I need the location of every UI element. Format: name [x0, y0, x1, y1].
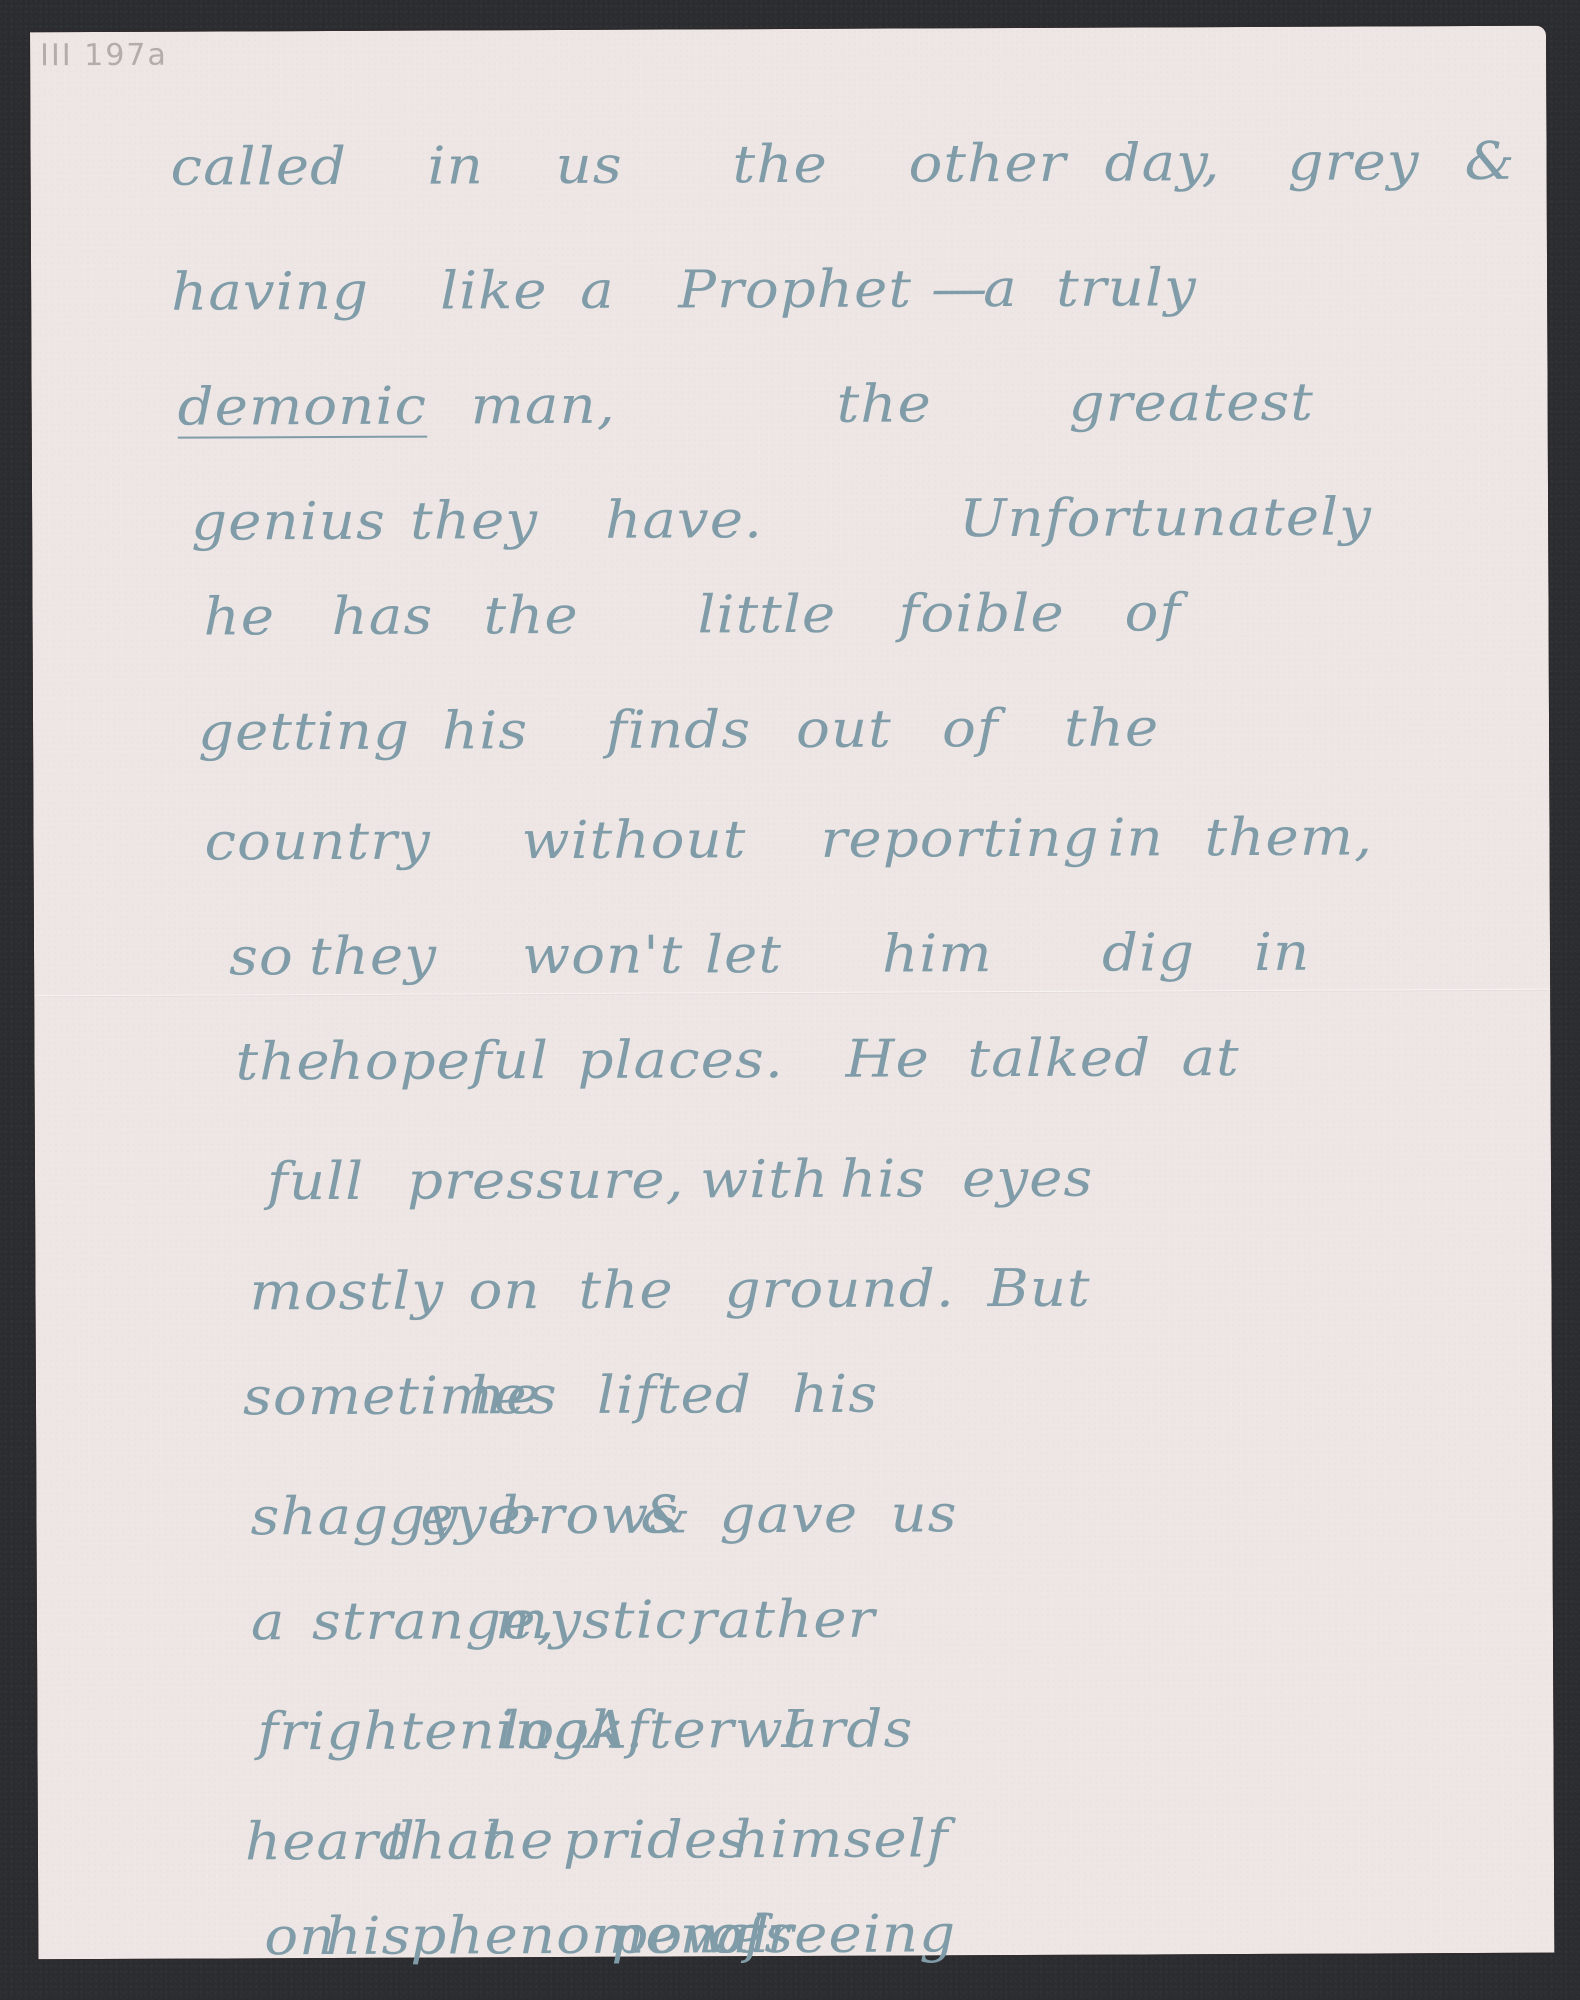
handwritten-word: he — [483, 1811, 555, 1871]
handwritten-word: places. — [577, 1030, 784, 1091]
handwritten-word: genius — [191, 492, 386, 553]
text-line: havinglikeaProphet —atruly — [31, 241, 1547, 338]
text-line: thehopefulplaces.Hetalkedat — [34, 1011, 1550, 1108]
handwritten-word: I — [781, 1700, 805, 1760]
handwritten-word: let — [705, 925, 782, 985]
handwritten-word: man, — [471, 376, 616, 437]
text-line: geniustheyhave.Unfortunately — [32, 471, 1548, 568]
archive-pencil-mark: III 197a — [40, 38, 168, 74]
text-line: heardthatheprideshimself — [38, 1791, 1554, 1888]
text-line: calledinustheotherday,grey& — [30, 116, 1546, 213]
handwritten-word: the — [483, 586, 578, 646]
handwritten-word: rather — [690, 1590, 876, 1651]
handwritten-word: full — [267, 1152, 364, 1212]
handwritten-word: called — [170, 137, 347, 198]
handwritten-word: the — [235, 1032, 330, 1092]
handwritten-word: country — [204, 812, 431, 873]
handwritten-word: so — [229, 927, 294, 987]
handwritten-word: the — [732, 135, 827, 195]
handwritten-word: greatest — [1069, 373, 1315, 434]
handwritten-word: on — [468, 1261, 540, 1321]
handwritten-word: in — [1107, 808, 1164, 868]
text-line: shaggyeye-brows&gaveus — [36, 1466, 1552, 1563]
handwritten-word: a — [251, 1592, 286, 1652]
handwritten-word: gave — [719, 1485, 858, 1546]
text-line: sotheywon'tlethimdigin — [34, 906, 1550, 1003]
handwritten-word: the — [1064, 698, 1159, 758]
handwritten-word: mystic, — [495, 1590, 706, 1651]
handwritten-word: eyes — [962, 1149, 1094, 1210]
handwritten-word: having — [171, 262, 369, 323]
text-line: onhisphenomenalpowerofseeing — [38, 1886, 1554, 1983]
text-line: demonicman,thegreatest — [31, 356, 1547, 453]
text-line: hehasthelittlefoibleof — [32, 566, 1548, 663]
handwritten-word: ground. — [724, 1259, 955, 1320]
handwritten-word: Afterwards — [586, 1699, 913, 1760]
handwritten-word: without — [521, 810, 746, 871]
handwritten-word: getting — [198, 702, 410, 763]
handwritten-word: truly — [1056, 258, 1197, 319]
handwritten-word: his — [442, 701, 528, 761]
manuscript-page: III 197a calledinustheotherday,grey&havi… — [30, 26, 1554, 1960]
handwritten-word: of — [709, 1905, 766, 1965]
text-line: countrywithoutreportinginthem, — [33, 791, 1549, 888]
handwritten-word: with — [700, 1150, 829, 1211]
handwritten-word: at — [1181, 1028, 1239, 1088]
handwritten-word: But — [987, 1259, 1091, 1319]
handwritten-word: & — [640, 1485, 691, 1545]
handwritten-word: his — [792, 1365, 878, 1425]
handwritten-word: have. — [605, 490, 763, 551]
handwritten-word: them, — [1204, 807, 1373, 868]
handwritten-word: a — [983, 259, 1018, 319]
handwritten-word: day, — [1104, 133, 1220, 194]
text-line: fullpressure,withhiseyes — [35, 1131, 1551, 1228]
handwritten-word: prides — [563, 1810, 749, 1871]
handwritten-word: himself — [733, 1809, 949, 1870]
handwritten-word: his — [840, 1149, 926, 1209]
handwritten-word: demonic — [178, 377, 428, 438]
handwritten-word: pressure, — [407, 1150, 685, 1211]
handwritten-word: talked — [967, 1028, 1151, 1089]
handwritten-word: the — [578, 1261, 673, 1321]
handwritten-word: finds — [606, 700, 751, 761]
handwritten-word: He — [845, 1029, 930, 1089]
handwritten-word: foible — [898, 584, 1064, 645]
handwritten-word: & — [1464, 132, 1515, 192]
handwritten-word: hopeful — [327, 1031, 549, 1092]
handwritten-word: out — [796, 700, 892, 760]
handwritten-word: dig — [1102, 923, 1195, 983]
handwritten-word: Prophet — — [678, 259, 988, 320]
handwritten-word: other — [908, 134, 1066, 195]
handwritten-word: won't — [522, 925, 684, 986]
handwritten-word: mostly — [249, 1262, 444, 1323]
handwritten-word: us — [890, 1484, 957, 1544]
handwritten-word: of — [942, 699, 999, 759]
text-line: sometimesheliftedhis — [36, 1346, 1552, 1443]
handwritten-word: a — [580, 261, 615, 321]
handwritten-word: Unfortunately — [959, 487, 1372, 549]
handwritten-word: he — [203, 587, 275, 647]
handwritten-word: in — [427, 136, 484, 196]
text-line: mostlyontheground.But — [35, 1241, 1551, 1338]
text-line: frighteninglook.AfterwardsI — [37, 1681, 1553, 1778]
handwritten-word: little — [697, 585, 836, 646]
handwritten-word: him — [882, 924, 993, 984]
handwritten-word: grey — [1287, 132, 1419, 193]
handwritten-word: the — [837, 374, 932, 434]
handwritten-word: they — [410, 491, 538, 552]
handwritten-word: seeing — [764, 1904, 956, 1965]
text-line: astrange,mystic,rather — [37, 1571, 1553, 1668]
handwritten-word: lifted — [597, 1365, 752, 1426]
handwritten-word: his — [325, 1907, 411, 1967]
handwritten-word: us — [555, 136, 622, 196]
handwritten-word: reporting — [820, 809, 1099, 870]
handwritten-word: he — [469, 1366, 541, 1426]
handwritten-word: like — [440, 261, 548, 321]
handwritten-word: in — [1254, 923, 1311, 983]
handwritten-word: has — [331, 587, 433, 647]
handwritten-word: they — [309, 927, 437, 988]
handwritten-word: of — [1124, 583, 1181, 643]
text-line: gettinghisfindsoutofthe — [33, 681, 1549, 778]
